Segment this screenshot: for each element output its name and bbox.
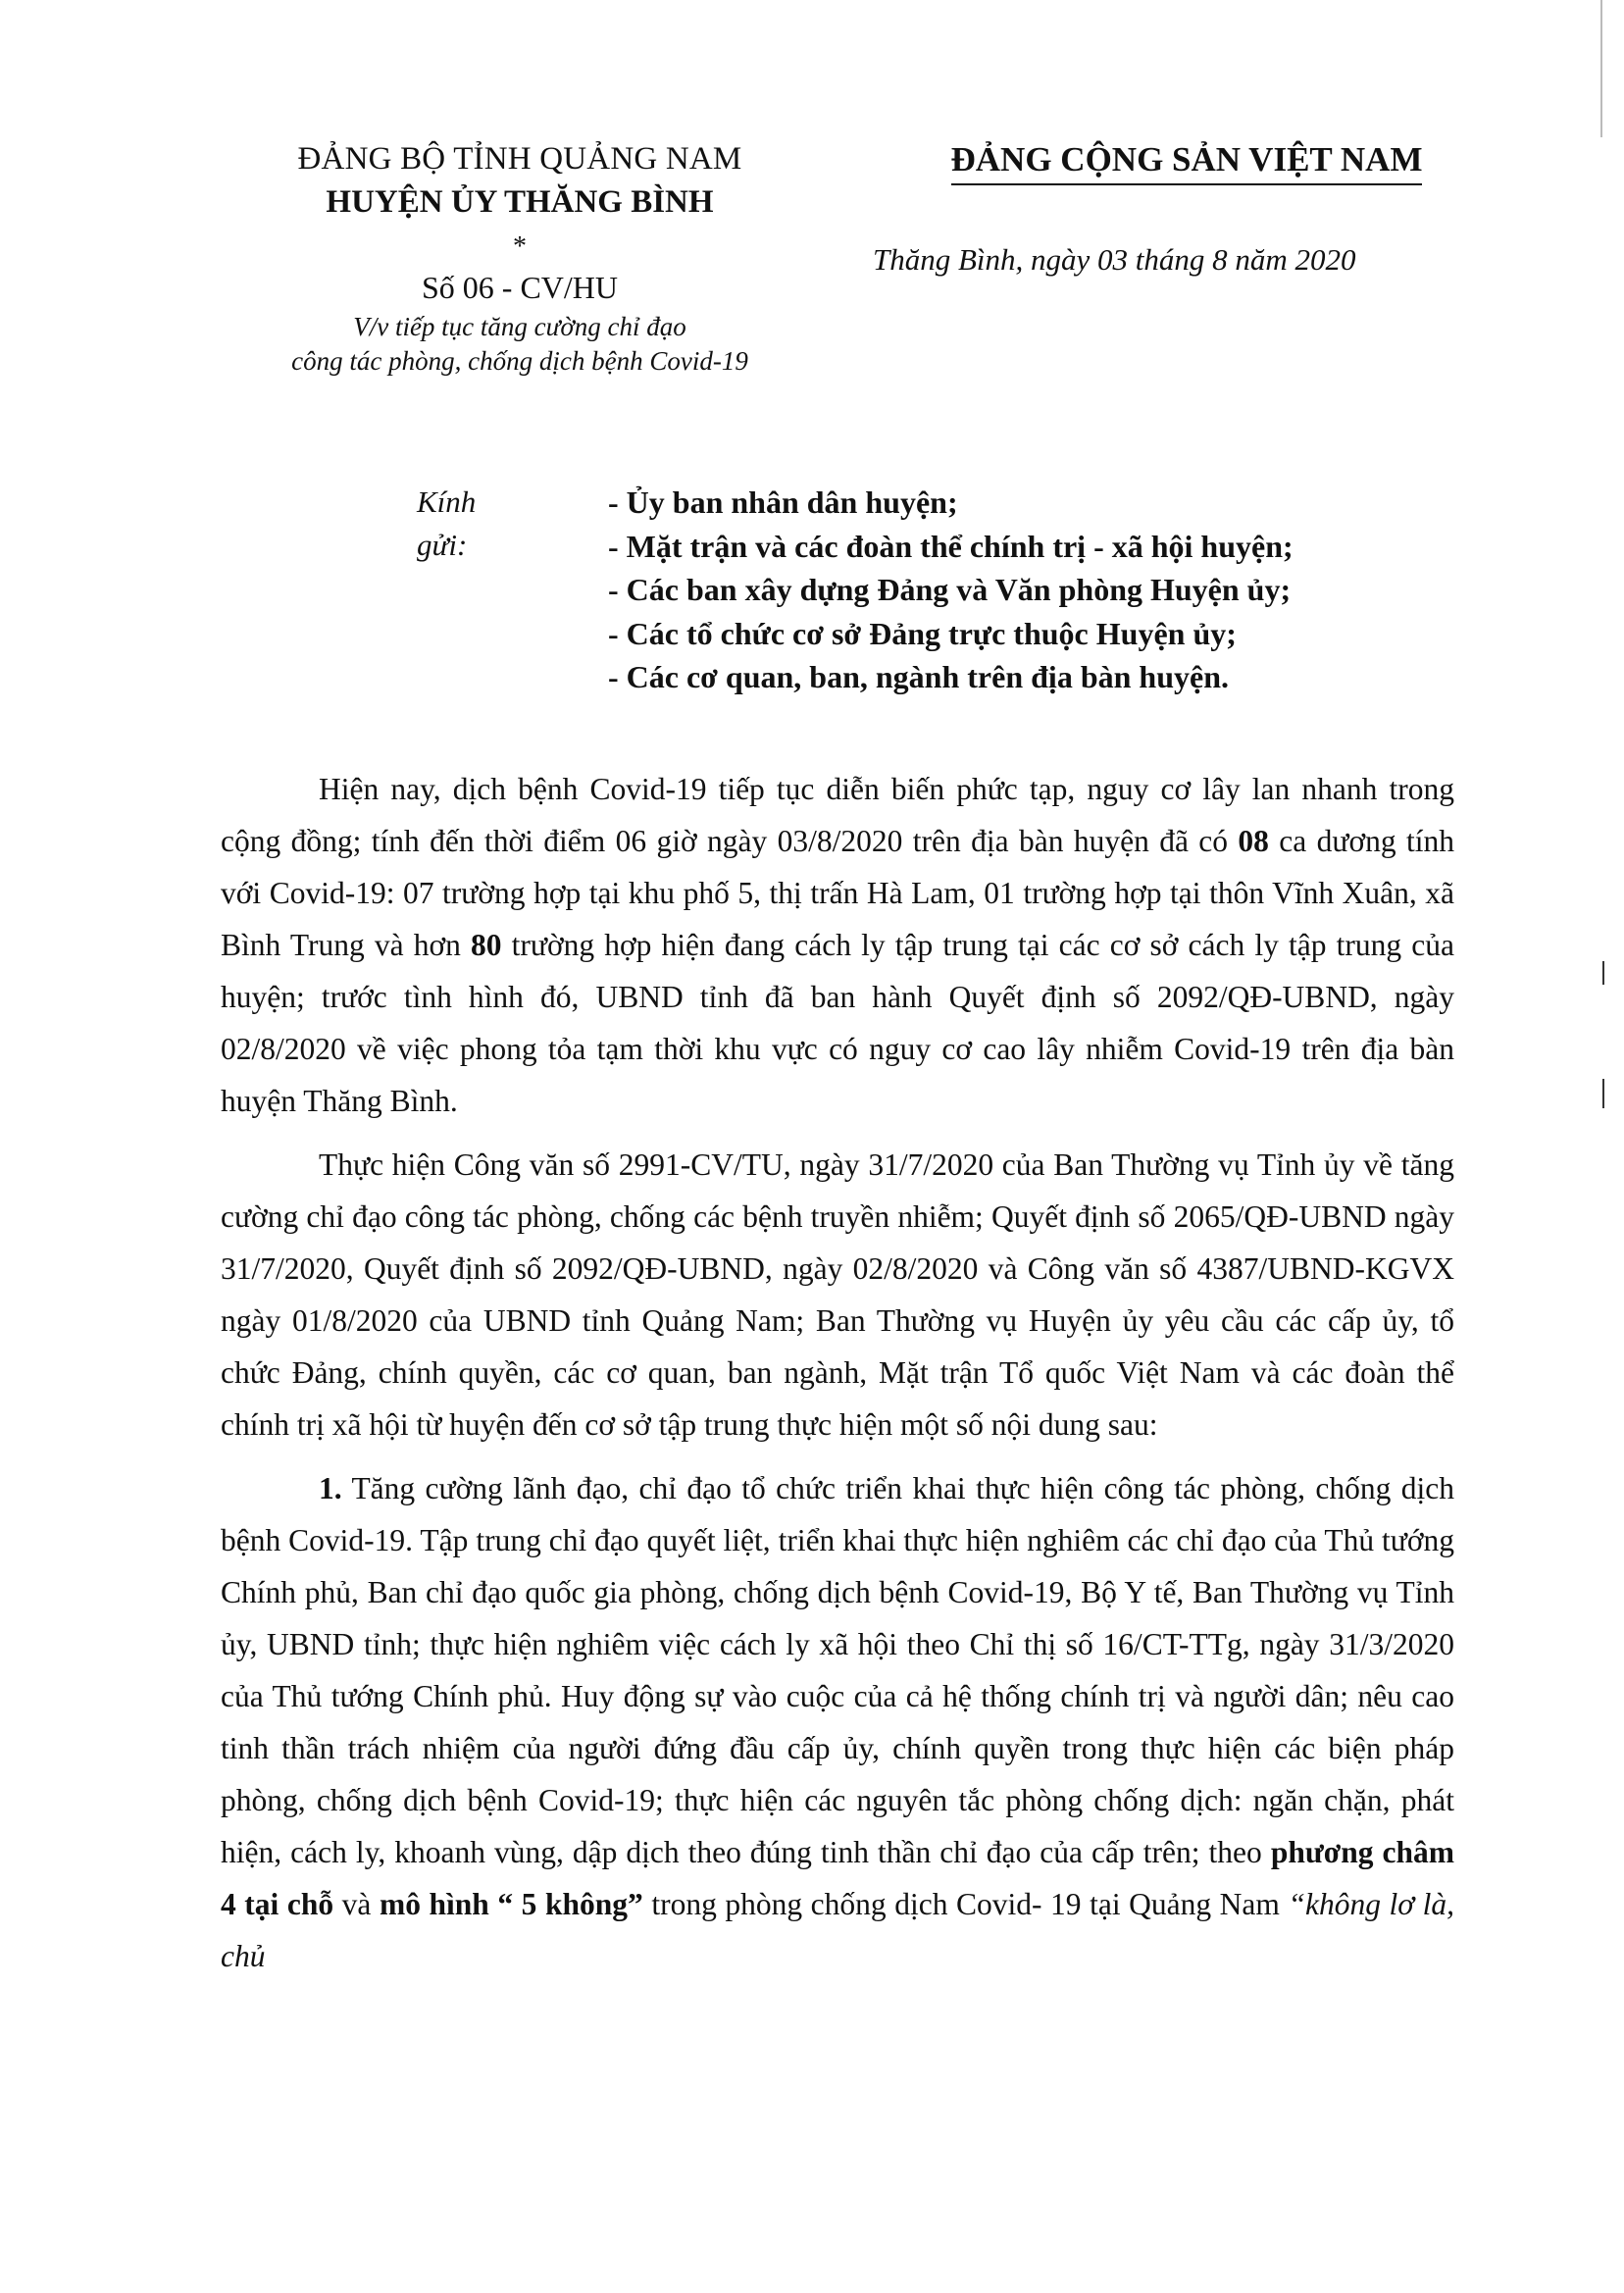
scan-edge-mark (1602, 961, 1604, 985)
text-span: Tăng cường lãnh đạo, chỉ đạo tổ chức tri… (221, 1471, 1454, 1869)
recipients-label: Kính gửi: (417, 481, 476, 567)
recipients-list: - Ủy ban nhân dân huyện; - Mặt trận và c… (608, 481, 1491, 699)
bold-phrase: mô hình “ 5 không” (380, 1887, 643, 1921)
recipient-item: - Các cơ quan, ban, ngành trên địa bàn h… (608, 655, 1491, 699)
recipient-item: - Mặt trận và các đoàn thể chính trị - x… (608, 525, 1491, 569)
document-body: Hiện nay, dịch bệnh Covid-19 tiếp tục di… (221, 763, 1454, 1994)
scan-edge-mark (1600, 0, 1602, 137)
document-number: Số 06 - CV/HU (221, 265, 819, 310)
scan-edge-mark (1602, 1079, 1604, 1108)
district-committee-name: HUYỆN ỦY THĂNG BÌNH (221, 180, 819, 224)
quarantine-count: 80 (471, 928, 502, 962)
item-number: 1. (319, 1471, 342, 1505)
separator-star: * (221, 228, 819, 267)
party-committee-name: ĐẢNG BỘ TỈNH QUẢNG NAM (221, 137, 819, 180)
paragraph-situation: Hiện nay, dịch bệnh Covid-19 tiếp tục di… (221, 763, 1454, 1127)
recipient-item: - Các ban xây dựng Đảng và Văn phòng Huy… (608, 568, 1491, 612)
subject-line-1: V/v tiếp tục tăng cường chỉ đạo (221, 310, 819, 344)
recipient-item: - Các tổ chức cơ sở Đảng trực thuộc Huyệ… (608, 612, 1491, 656)
paragraph-item-1: 1. Tăng cường lãnh đạo, chỉ đạo tổ chức … (221, 1462, 1454, 1982)
case-count: 08 (1238, 824, 1269, 858)
national-heading-block: ĐẢNG CỘNG SẢN VIỆT NAM Thăng Bình, ngày … (843, 137, 1471, 280)
place-and-date: Thăng Bình, ngày 03 tháng 8 năm 2020 (843, 240, 1471, 280)
text-span: và (333, 1887, 380, 1921)
paragraph-implementation: Thực hiện Công văn số 2991-CV/TU, ngày 3… (221, 1139, 1454, 1451)
text-span: trong phòng chống dịch Covid- 19 tại Quả… (643, 1887, 1289, 1921)
party-name: ĐẢNG CỘNG SẢN VIỆT NAM (951, 137, 1423, 185)
recipient-item: - Ủy ban nhân dân huyện; (608, 481, 1491, 525)
subject-line-2: công tác phòng, chống dịch bệnh Covid-19 (221, 344, 819, 379)
issuer-block: ĐẢNG BỘ TỈNH QUẢNG NAM HUYỆN ỦY THĂNG BÌ… (221, 137, 819, 379)
